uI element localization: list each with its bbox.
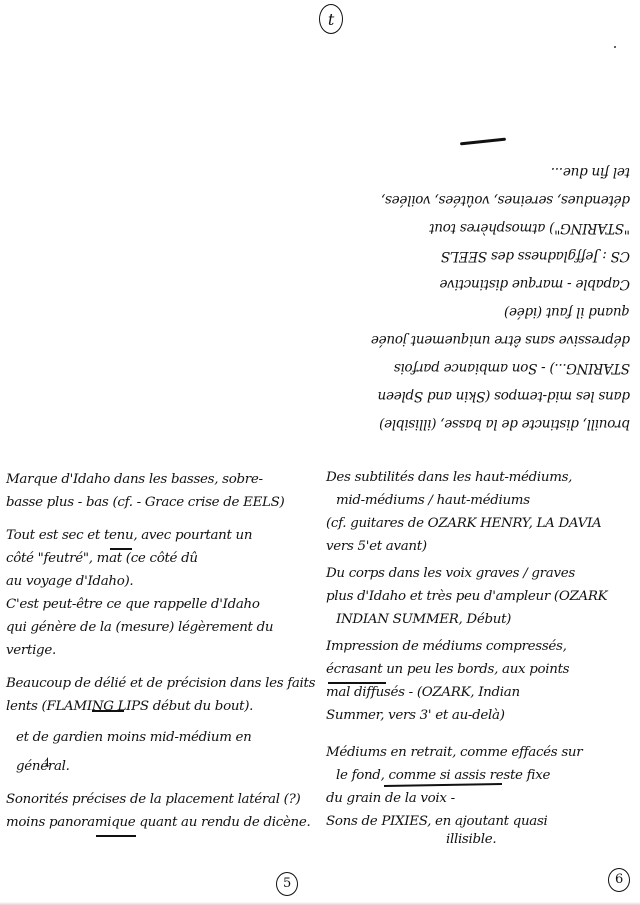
note-paragraph: Médiums en retrait, comme effacés sur le… [326,741,638,847]
note-line: vers 5'et avant) [326,535,638,558]
note-line: Des subtilités dans les haut-médiums, [326,466,638,489]
note-line: au voyage d'Idaho). [6,570,316,593]
note-line: lents (FLAMING LIPS début du bout). [6,695,316,718]
note-line: quand il faut (idée) [330,298,630,326]
note-line: Beaucoup de délié et de précision dans l… [6,672,316,695]
note-line: tel fin due... [330,158,630,186]
note-paragraph: Sonorités précises de la placement latér… [6,788,316,834]
note-line: Sons de PIXIES, en ajoutant quasi [326,810,638,833]
page-number-left-text: 5 [283,876,291,891]
note-line: illisible. [326,833,638,847]
note-line: dépressive sans être uniquement jouée [330,326,630,354]
note-line: et de gardien moins mid-médium en [6,726,316,749]
note-line: mal diffusés - (OZARK, Indian [326,681,638,704]
note-line: moins panoramique quant au rendu de dicè… [6,811,316,834]
note-line: qui génère de la (mesure) légèrement du [6,616,316,639]
divider-line [92,710,124,712]
insertion-arrow-icon: ↓ [42,756,53,771]
note-line: Capable - marque distinctive [330,270,630,298]
note-line: Summer, vers 3' et au-delà) [326,704,638,727]
divider-line [110,548,132,550]
note-line: Médiums en retrait, comme effacés sur [326,741,638,764]
page-header-mark-letter: t [328,10,334,29]
note-line: dans les mid-tempos (Skin and Spleen [330,382,630,410]
page-header-mark: t [319,4,343,34]
note-line: C'est peut-être ce que rappelle d'Idaho [6,593,316,616]
page-number-right: 6 [608,868,630,892]
note-line: (cf. guitares de OZARK HENRY, LA DAVIA [326,512,638,535]
note-line: basse plus - bas (cf. - Grace crise de E… [6,491,316,514]
note-line: côté "feutré", mat (ce côté dû [6,547,316,570]
note-line: Impression de médiums compressés, [326,635,638,658]
note-line: CS : Jeffgladness des SEELS [330,242,630,270]
note-line: détendues, sereines, voûtées, voilées, [330,186,630,214]
note-paragraph: Marque d'Idaho dans les basses, sobre- b… [6,468,316,514]
right-column-notes: Des subtilités dans les haut-médiums, mi… [326,466,638,847]
note-line: Marque d'Idaho dans les basses, sobre- [6,468,316,491]
note-paragraph: Des subtilités dans les haut-médiums, mi… [326,466,638,558]
stray-dot [614,46,616,48]
note-line: vertige. [6,639,316,662]
note-line: "STARING") atmosphères tout [330,214,630,242]
note-paragraph: Impression de médiums compressés, écrasa… [326,635,638,727]
page-number-right-text: 6 [615,872,623,887]
note-paragraph: Tout est sec et tenu, avec pourtant un c… [6,524,316,662]
page-number-left: 5 [276,872,298,896]
note-line: Du corps dans les voix graves / graves [326,562,638,585]
note-line: mid-médiums / haut-médiums [326,489,638,512]
note-line: écrasant un peu les bords, aux points [326,658,638,681]
note-line: Sonorités précises de la placement latér… [6,788,316,811]
note-line: plus d'Idaho et très peu d'ampleur (OZAR… [326,585,638,608]
left-column-notes: Marque d'Idaho dans les basses, sobre- b… [6,468,316,834]
upside-down-note-block: brouill, distincte de la basse, (illisib… [330,128,630,438]
divider-line [96,835,136,837]
underline-impression [328,682,386,684]
note-line: STARING...) - Son ambiance parfois [330,354,630,382]
note-line: Tout est sec et tenu, avec pourtant un [6,524,316,547]
note-line: du grain de la voix - [326,787,638,810]
note-line: INDIAN SUMMER, Début) [326,608,638,631]
note-line: brouill, distincte de la basse, (illisib… [330,410,630,438]
note-paragraph: Du corps dans les voix graves / graves p… [326,562,638,631]
